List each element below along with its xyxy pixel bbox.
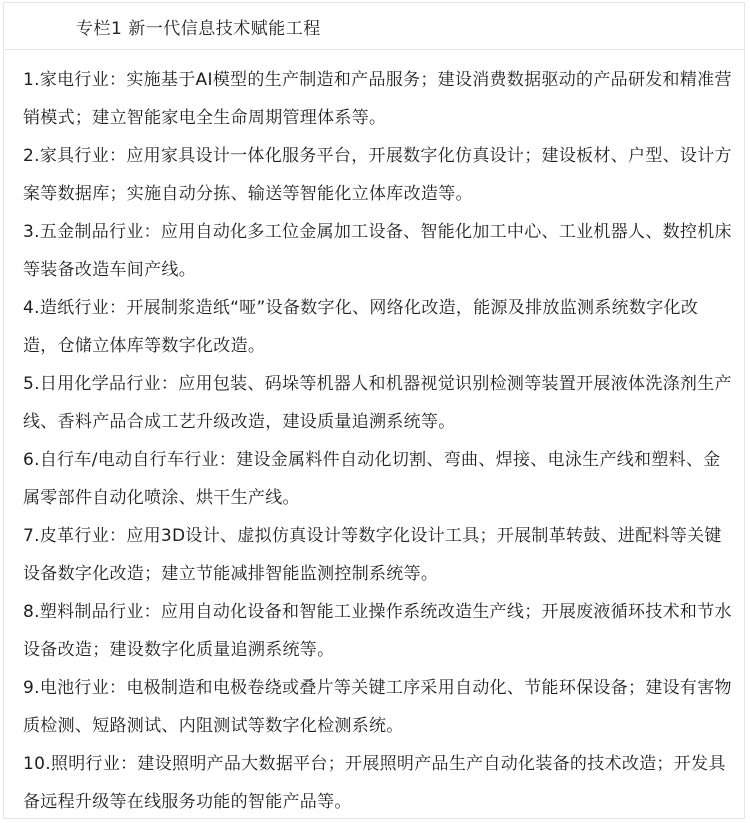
column-body-cell: 1.家电行业：实施基于AI模型的生产制造和产品服务；建设消费数据驱动的产品研发和…	[4, 50, 744, 821]
column-box: 专栏1 新一代信息技术赋能工程 1.家电行业：实施基于AI模型的生产制造和产品服…	[3, 2, 745, 819]
item-plastics: 8.塑料制品行业：应用自动化设备和智能工业操作系统改造生产线；开展废液循环技术和…	[23, 593, 732, 669]
item-hardware: 3.五金制品行业：应用自动化多工位金属加工设备、智能化加工中心、工业机器人、数控…	[23, 213, 732, 289]
item-daily-chemicals: 5.日用化学品行业：应用包装、码垛等机器人和机器视觉识别检测等装置开展液体洗涤剂…	[23, 365, 732, 441]
item-lighting: 10.照明行业：建设照明产品大数据平台；开展照明产品生产自动化装备的技术改造；开…	[23, 745, 732, 821]
item-papermaking: 4.造纸行业：开展制浆造纸“哑”设备数字化、网络化改造，能源及排放监测系统数字化…	[23, 289, 732, 365]
item-appliances: 1.家电行业：实施基于AI模型的生产制造和产品服务；建设消费数据驱动的产品研发和…	[23, 61, 732, 137]
item-bicycles: 6.自行车/电动自行车行业：建设金属料件自动化切割、弯曲、焊接、电泳生产线和塑料…	[23, 441, 732, 517]
item-furniture: 2.家具行业：应用家具设计一体化服务平台，开展数字化仿真设计；建设板材、户型、设…	[23, 137, 732, 213]
column-title: 专栏1 新一代信息技术赋能工程	[76, 14, 321, 39]
item-batteries: 9.电池行业：电极制造和电极卷绕或叠片等关键工序采用自动化、节能环保设备；建设有…	[23, 669, 732, 745]
column-title-cell: 专栏1 新一代信息技术赋能工程	[4, 3, 744, 50]
item-leather: 7.皮革行业：应用3D设计、虚拟仿真设计等数字化设计工具；开展制革转鼓、进配料等…	[23, 517, 732, 593]
